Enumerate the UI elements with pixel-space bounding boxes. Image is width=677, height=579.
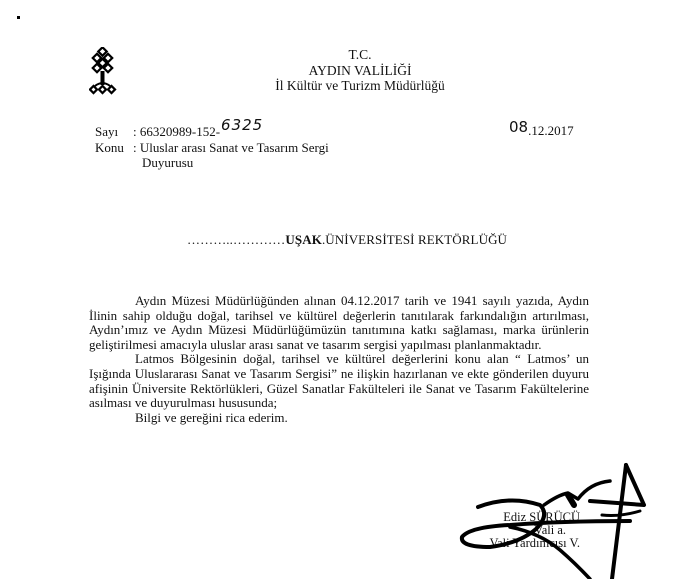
paragraph-3: Bilgi ve gereğini rica ederim. [89, 411, 589, 426]
header-tc: T.C. [240, 47, 480, 63]
konu-sep: : [133, 140, 137, 156]
document-date: 08.12.2017 [509, 121, 574, 139]
konu-row-2: Duyurusu [95, 155, 329, 171]
paragraph-2: Latmos Bölgesinin doğal, tarihsel ve kül… [89, 352, 589, 410]
paragraph-1: Aydın Müzesi Müdürlüğünden alınan 04.12.… [89, 294, 589, 352]
date-rest: .12.2017 [528, 123, 574, 138]
sayi-label: Sayı [95, 124, 133, 140]
header-governorship: AYDIN VALİLİĞİ [240, 63, 480, 79]
recipient-rest: .ÜNİVERSİTESİ REKTÖRLÜĞÜ [322, 232, 507, 247]
letterhead: T.C. AYDIN VALİLİĞİ İl Kültür ve Turizm … [240, 47, 480, 94]
document-meta: Sayı : 66320989-152-6325 Konu : Uluslar … [95, 124, 329, 171]
sayi-sep: : [133, 124, 137, 140]
endless-knot-tree-icon [89, 47, 117, 95]
konu-row: Konu : Uluslar arası Sanat ve Tasarım Se… [95, 140, 329, 156]
sayi-value: 66320989-152- [140, 124, 220, 140]
konu-label: Konu [95, 140, 133, 156]
sayi-row: Sayı : 66320989-152-6325 [95, 124, 329, 140]
recipient-name: UŞAK [285, 232, 322, 247]
signer-title-2: Vali Yardımcısı V. [470, 537, 580, 550]
recipient: ………..…………UŞAK.ÜNİVERSİTESİ REKTÖRLÜĞÜ [187, 232, 507, 248]
konu-value: Uluslar arası Sanat ve Tasarım Sergi [140, 140, 329, 156]
sayi-handwritten-number: 6325 [221, 118, 263, 134]
signature-block: Ediz SÜRÜCÜ Vali a. Vali Yardımcısı V. [470, 511, 580, 550]
konu-value-2: Duyurusu [142, 155, 193, 171]
date-handwritten-day: 08 [509, 118, 528, 136]
recipient-dots: ………..………… [187, 232, 285, 247]
letter-body: Aydın Müzesi Müdürlüğünden alınan 04.12.… [89, 294, 589, 425]
scan-speck [17, 16, 20, 19]
header-directorate: İl Kültür ve Turizm Müdürlüğü [240, 78, 480, 94]
